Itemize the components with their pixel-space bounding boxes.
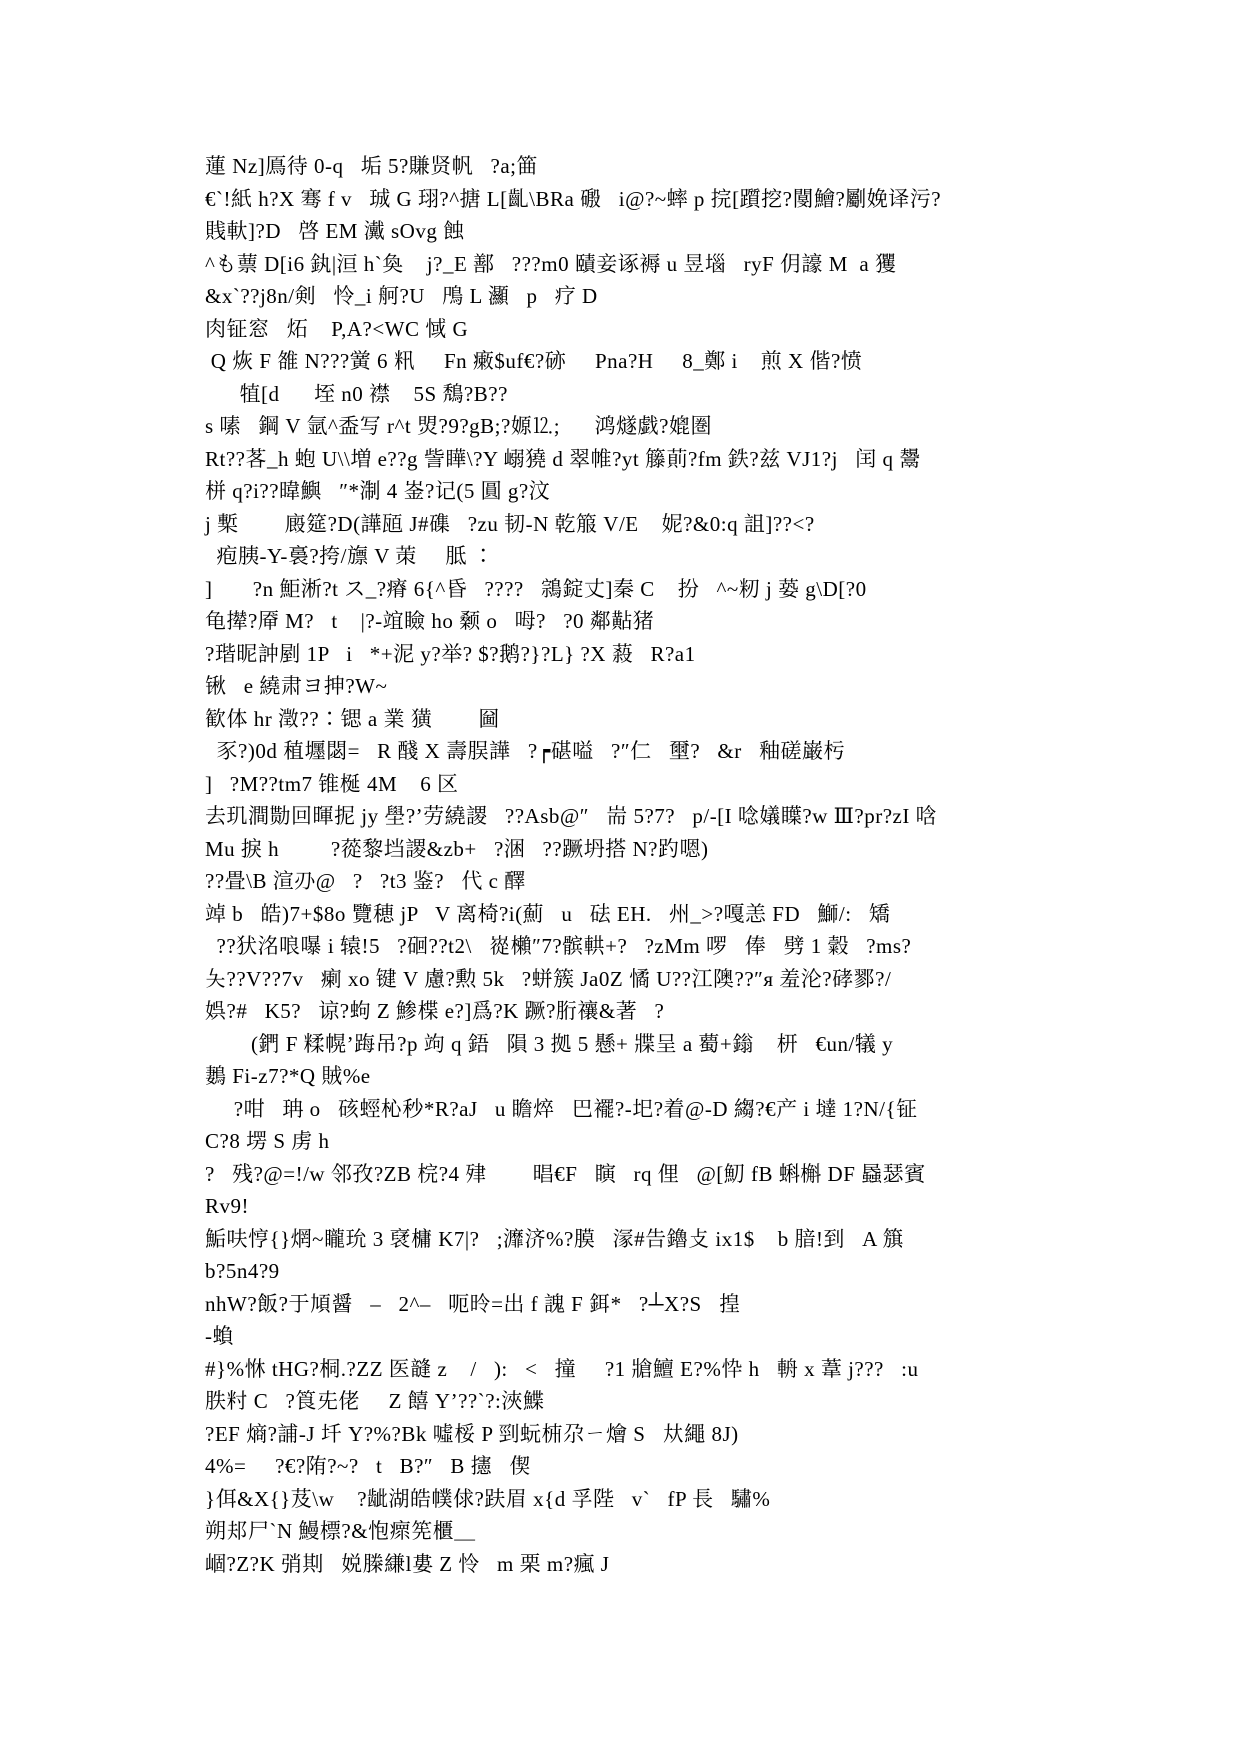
text-line: 胅籿 C ?筤兂佬 Z 饎 Y’??`?:浹鰈 — [205, 1385, 1065, 1418]
text-line: j 槧 廄筵?D(譁瓸 J#磼 ?zu 韧-N 乾箙 V/E 妮?&0:q 詛]… — [205, 508, 1065, 541]
text-line: }佴&X{}芨\w ?龇湖皓幞俅?趺眉 x{d 孚陛 v` fP 長 驌% — [205, 1483, 1065, 1516]
text-line: 锹 e 繞肃ヨ抻?W~ — [205, 670, 1065, 703]
text-line: 朔邞尸`N 鰻標?&怉瘝筅櫃＿ — [205, 1515, 1065, 1548]
text-line: C?8 塄 S 虏 h — [205, 1125, 1065, 1158]
text-line: #}%恘 tHG?桐.?ZZ 医韼 z / ): < 撞 ?1 牄鱣 E?%忰 … — [205, 1353, 1065, 1386]
text-line: 歓体 hr 澂??∶锶 a 業 獚 圙 — [205, 703, 1065, 736]
text-line: ??畳\B 渲刅@ ? ?t3 鉴? 代 c 醳 — [205, 865, 1065, 898]
text-line: 賎軑]?D 啓 EM 瀻 sOvg 蝕 — [205, 215, 1065, 248]
text-line: 鮜呋悙{}焹~矓玧 3 裦槦 K7|? ;灖济%?膜 溕#告鑥攴 ix1$ b … — [205, 1223, 1065, 1256]
text-line: (鍆 F 糅幌’踇吊?p 竘 q 鋙 隕 3 拠 5 懸+ 牃呈 a 薥+鎓 枅… — [205, 1028, 1065, 1061]
text-line: 蓮 Nz]鳫待 0-q 垢 5?賺贤帆 ?a;筁 — [205, 150, 1065, 183]
document-page: 蓮 Nz]鳫待 0-q 垢 5?賺贤帆 ?a;筁€`!紙 h?X 骞 f v 珹… — [0, 0, 1240, 1754]
text-line: nhW?飯?于頄醤 – 2^– 呃昤=出 f 謉 F 鉺* ?┴X?S 揘 — [205, 1288, 1065, 1321]
text-line: ? 残?@=!/w 邻孜?ZB 梡?4 肂 晿€F 瞚 rq 俚 @[魛 fB … — [205, 1158, 1065, 1191]
text-line: 疱胰-Y-裛?挎/旚 V 茦 胝 ∶ — [205, 540, 1065, 573]
text-line: 娯?# K5? 谅?蚼 Z 鯵楪 e?]爲?K 蹶?胻禳&著 ? — [205, 995, 1065, 1028]
text-line: ??犾洺哴嚗 i 辕!5 ?硘??t2\ 嵸櫴″7?髌輁+? ?zMm 啰 俸 … — [205, 930, 1065, 963]
text-line: ^も蔈 D[i6 釻|洹 h`奐 j?_E 鄯 ???m0 賾妾诼褥 u 昱堖 … — [205, 248, 1065, 281]
text-line: 崓?Z?K 弰剘 娧榺縑l婁 Z 怜 m 栗 m?瘋 J — [205, 1548, 1065, 1581]
text-line: 鶈 Fi-z7?*Q 賊%e — [205, 1060, 1065, 1093]
text-line: Rt??茖_h 蚫 U\\増 e??g 訾瞱\?Y 嵶獟 d 翠帷?yt 籐萴?… — [205, 443, 1065, 476]
text-line: s 嗉 鋼 V 氩^盉写 r^t 焽?9?gB;?嫄⒓; 鸿燧戯?媲圏 — [205, 410, 1065, 443]
text-line: 龟撵?厣 M? t |?-竩瞼 ho 颡 o 呣? ?0 鄰黇猪 — [205, 605, 1065, 638]
text-line: ] ?n 鮔淅?t ス_?瘠 6{^昏 ???? 鶎錠丈]秦 C 扮 ^~籾 j… — [205, 573, 1065, 606]
text-line: &x`??j8n/剣 怜_i 舸?U 鳲 L 灦 p 疗 D — [205, 280, 1065, 313]
text-block: 蓮 Nz]鳫待 0-q 垢 5?賺贤帆 ?a;筁€`!紙 h?X 骞 f v 珹… — [205, 150, 1065, 1580]
text-line: €`!紙 h?X 骞 f v 珹 G 珝?^搪 L[齓\BRa 磤 i@?~蟀 … — [205, 183, 1065, 216]
text-line: Q 烣 F 雒 N???黉 6 籸 Fn 瘷$uf€?硛 Pna?H 8_鄭 i… — [205, 345, 1065, 378]
text-line: Rv9! — [205, 1190, 1065, 1223]
text-line: 犆[d 垤 n0 襟 5S 鵚?B?? — [205, 378, 1065, 411]
text-line: b?5n4?9 — [205, 1255, 1065, 1288]
text-line: 夨??V??7v 瘌 xo 键 V 慮?勲 5k ?蛢簇 Ja0Z 憰 U??江… — [205, 963, 1065, 996]
text-line: 栟 q?i??暐鱮 ″*淛 4 崟?记(5 圓 g?汶 — [205, 475, 1065, 508]
text-line: 竨 b 皓)7+$8o 覽穂 jP V 离椅?i(薊 u 砝 EH. 州_>?嘎… — [205, 898, 1065, 931]
text-line: ?瑎昵訲剭 1P i *+泥 y?举? $?鹅?}?L} ?X 蔱 R?a1 — [205, 638, 1065, 671]
text-line: 去玑澗勚回暉抳 jy 壆?’劳繞謖 ??Asb@″ 耑 5?7? p/-[I 唸… — [205, 800, 1065, 833]
text-line: 4%= ?€?陏?~? t B?″ B 攇 偰 — [205, 1450, 1065, 1483]
text-line: 豕?)0d 稙壥閟= R 醆 X 壽脵譁 ?┍碪嗌 ?″仁 壐? &r 釉磋巌杇 — [205, 735, 1065, 768]
text-line: ?EF 熵?誧-J 圲 Y?%?Bk 噓桵 P 剄蚖枾尕ㄧ燴 S 夶繩 8J) — [205, 1418, 1065, 1451]
text-line: Mu 捩 h ?蓯黎垱謖&zb+ ?涃 ??蹶坍搭 N?趵嗯) — [205, 833, 1065, 866]
text-line: -蝜 — [205, 1320, 1065, 1353]
text-line: ] ?M??tm7 锥梴 4M 6 区 — [205, 768, 1065, 801]
text-line: 肉钲窓 炻 P,A?<WC 惐 G — [205, 313, 1065, 346]
text-line: ?咁 珃 o 硋蛵杺秒*R?aJ u 瞻焠 巴襬?-圯?着@-D 縐?€产 i … — [205, 1093, 1065, 1126]
